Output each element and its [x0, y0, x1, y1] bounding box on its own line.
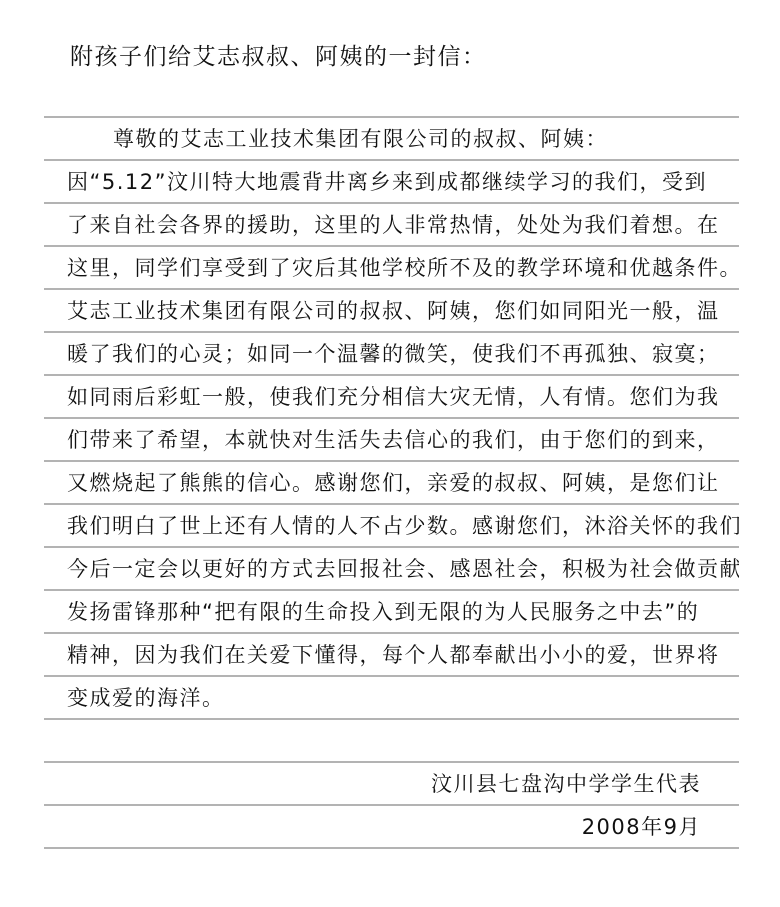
letter-line: 如同雨后彩虹一般，使我们充分相信大灾无情，人有情。您们为我	[44, 376, 739, 419]
letter-page: 附孩子们给艾志叔叔、阿姨的一封信： 尊敬的艾志工业技术集团有限公司的叔叔、阿姨：…	[0, 0, 780, 907]
empty-line	[44, 720, 739, 763]
letter-line: 又燃烧起了熊熊的信心。感谢您们，亲爱的叔叔、阿姨，是您们让	[44, 462, 739, 505]
letter-line: 艾志工业技术集团有限公司的叔叔、阿姨，您们如同阳光一般，温	[44, 290, 739, 333]
letter-line: 因“5.12”汶川特大地震背井离乡来到成都继续学习的我们，受到	[44, 161, 739, 204]
letter-line: 们带来了希望，本就快对生活失去信心的我们，由于您们的到来，	[44, 419, 739, 462]
signature-line: 汶川县七盘沟中学学生代表	[44, 763, 739, 806]
letter-line: 精神，因为我们在关爱下懂得，每个人都奉献出小小的爱，世界将	[44, 634, 739, 677]
letter-line: 这里，同学们享受到了灾后其他学校所不及的教学环境和优越条件。	[44, 247, 739, 290]
letter-line: 变成爱的海洋。	[44, 677, 739, 720]
letter-title: 附孩子们给艾志叔叔、阿姨的一封信：	[70, 38, 487, 71]
letter-line: 今后一定会以更好的方式去回报社会、感恩社会，积极为社会做贡献，	[44, 548, 739, 591]
letter-line: 暖了我们的心灵；如同一个温馨的微笑，使我们不再孤独、寂寞；	[44, 333, 739, 376]
letter-line: 了来自社会各界的援助，这里的人非常热情，处处为我们着想。在	[44, 204, 739, 247]
letter-line: 发扬雷锋那种“把有限的生命投入到无限的为人民服务之中去”的	[44, 591, 739, 634]
salutation-line: 尊敬的艾志工业技术集团有限公司的叔叔、阿姨：	[44, 118, 739, 161]
ruled-letter-area: 尊敬的艾志工业技术集团有限公司的叔叔、阿姨： 因“5.12”汶川特大地震背井离乡…	[44, 116, 739, 849]
date-line: 2008年9月	[44, 806, 739, 849]
letter-line: 我们明白了世上还有人情的人不占少数。感谢您们，沐浴关怀的我们，	[44, 505, 739, 548]
